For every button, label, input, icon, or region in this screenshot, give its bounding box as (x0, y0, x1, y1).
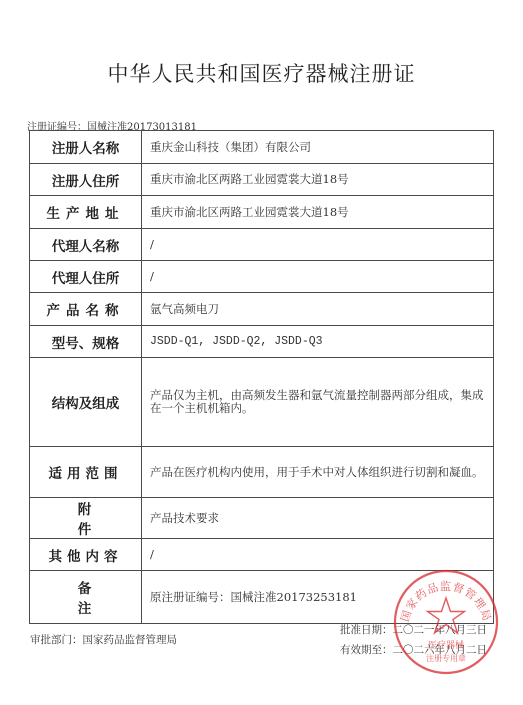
table-row-agent-name: 代理人名称 / (30, 229, 494, 261)
approval-date-value: 二〇二一年八月三日 (393, 624, 488, 636)
table-row-other: 其他内容 / (30, 539, 494, 571)
table-row-attachment: 附件 产品技术要求 (30, 498, 494, 539)
row-label: 生产地址 (30, 196, 142, 229)
row-value: 产品技术要求 (142, 498, 494, 539)
row-value: / (142, 229, 494, 261)
approval-department-value: 国家药品监督管理局 (83, 634, 178, 646)
approval-date-label: 批准日期： (340, 624, 393, 636)
row-label: 代理人住所 (30, 261, 142, 293)
row-value: 重庆金山科技（集团）有限公司 (142, 131, 494, 164)
table-row-production-address: 生产地址 重庆市渝北区两路工业园霓裳大道18号 (30, 196, 494, 229)
valid-until-label: 有效期至： (340, 644, 393, 656)
row-label: 产品名称 (30, 293, 142, 326)
certificate-table: 注册人名称 重庆金山科技（集团）有限公司 注册人住所 重庆市渝北区两路工业园霓裳… (29, 130, 494, 624)
row-value: / (142, 261, 494, 293)
table-row-registrant-name: 注册人名称 重庆金山科技（集团）有限公司 (30, 131, 494, 164)
table-row-agent-address: 代理人住所 / (30, 261, 494, 293)
approval-department: 审批部门：国家药品监督管理局 (30, 632, 177, 647)
row-value: 氩气高频电刀 (142, 293, 494, 326)
approval-date: 批准日期：二〇二一年八月三日 (340, 620, 487, 640)
row-label: 结构及组成 (30, 358, 142, 447)
row-label: 适用范围 (30, 447, 142, 498)
row-value: 重庆市渝北区两路工业园霓裳大道18号 (142, 196, 494, 229)
row-label: 注册人名称 (30, 131, 142, 164)
table-row-product-name: 产品名称 氩气高频电刀 (30, 293, 494, 326)
dates-block: 批准日期：二〇二一年八月三日 有效期至：二〇二六年八月二日 (340, 620, 487, 660)
table-row-registrant-address: 注册人住所 重庆市渝北区两路工业园霓裳大道18号 (30, 164, 494, 196)
row-label: 代理人名称 (30, 229, 142, 261)
row-label: 附件 (30, 498, 142, 539)
row-label: 其他内容 (30, 539, 142, 571)
row-value: 原注册证编号：国械注准20173253181 (142, 571, 494, 624)
approval-department-label: 审批部门： (30, 634, 83, 646)
table-row-model-spec: 型号、规格 JSDD-Q1, JSDD-Q2, JSDD-Q3 (30, 326, 494, 358)
row-value: 重庆市渝北区两路工业园霓裳大道18号 (142, 164, 494, 196)
row-value: / (142, 539, 494, 571)
row-value: 产品仅为主机，由高频发生器和氩气流量控制器两部分组成，集成在一个主机机箱内。 (142, 358, 494, 447)
row-label: 型号、规格 (30, 326, 142, 358)
table-row-scope: 适用范围 产品在医疗机构内使用，用于手术中对人体组织进行切割和凝血。 (30, 447, 494, 498)
row-label: 备注 (30, 571, 142, 624)
valid-until: 有效期至：二〇二六年八月二日 (340, 640, 487, 660)
valid-until-value: 二〇二六年八月二日 (393, 644, 488, 656)
row-label: 注册人住所 (30, 164, 142, 196)
row-value: 产品在医疗机构内使用，用于手术中对人体组织进行切割和凝血。 (142, 447, 494, 498)
row-value: JSDD-Q1, JSDD-Q2, JSDD-Q3 (142, 326, 494, 358)
document-title: 中华人民共和国医疗器械注册证 (0, 58, 523, 88)
table-row-structure: 结构及组成 产品仅为主机，由高频发生器和氩气流量控制器两部分组成，集成在一个主机… (30, 358, 494, 447)
table-row-remarks: 备注 原注册证编号：国械注准20173253181 (30, 571, 494, 624)
